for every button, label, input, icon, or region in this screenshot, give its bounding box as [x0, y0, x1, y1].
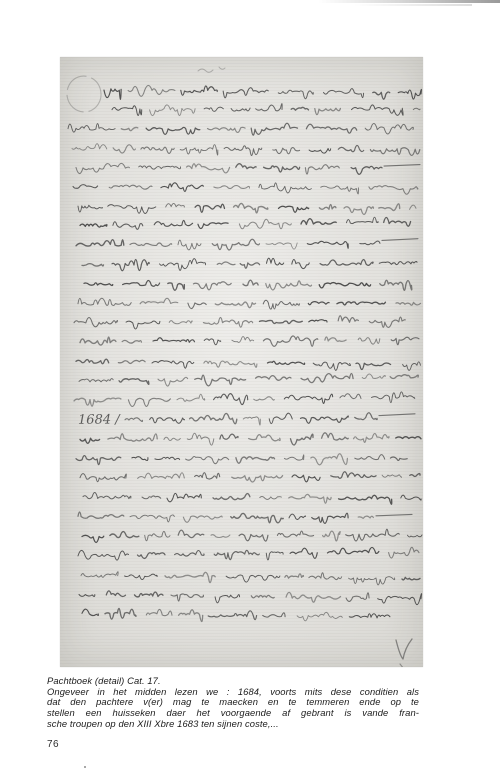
- svg-text:1684 /: 1684 /: [78, 412, 121, 427]
- scan-smudge-top: [318, 0, 500, 3]
- handwriting-svg: 1684 /: [60, 57, 423, 667]
- scan-smudge-top-secondary: [354, 4, 472, 6]
- page-number: 76: [47, 739, 59, 750]
- caption-block: Pachtboek (detail) Cat. 17. Ongeveer in …: [47, 676, 419, 730]
- dust-speck: [84, 766, 86, 768]
- manuscript-photo: 1684 /: [60, 57, 423, 667]
- caption-line: sche troupen op den XIII Xbre 1683 ten s…: [47, 719, 419, 730]
- book-page: 1684 / Pachtboek (detail) Cat. 17. Ongev…: [0, 0, 500, 782]
